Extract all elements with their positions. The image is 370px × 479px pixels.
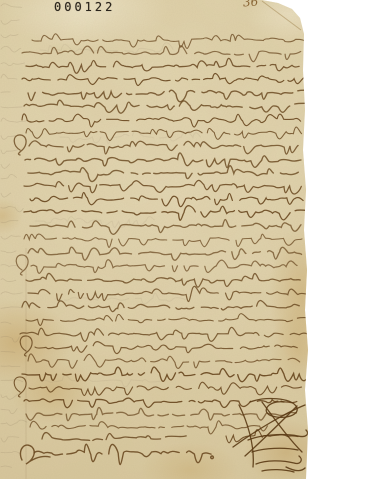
scanned-document-view: 000122 36 xyxy=(0,0,370,479)
archive-stamp-number: 000122 xyxy=(54,1,115,14)
paper-grain-texture xyxy=(0,0,370,479)
folio-number: 36 xyxy=(243,0,259,9)
ink-layer xyxy=(0,0,370,479)
manuscript-page: 000122 36 xyxy=(0,0,370,479)
